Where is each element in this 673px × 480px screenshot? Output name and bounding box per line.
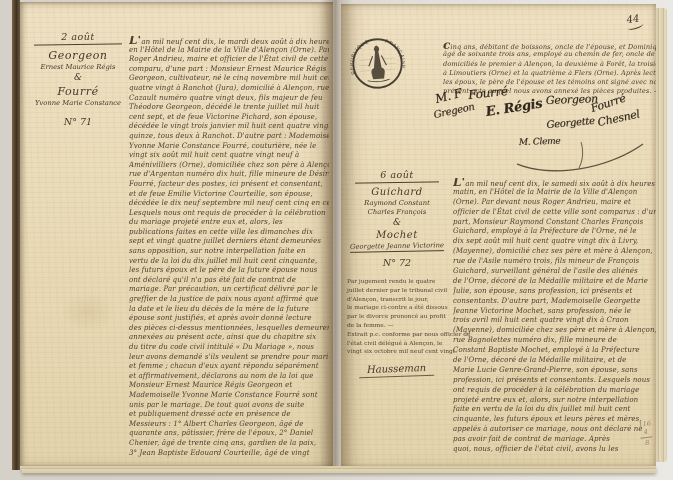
handwritten-line: appelés à autoriser ce mariage, nous ont… <box>453 425 659 435</box>
handwritten-line: cinq ans, débitant de boissons, oncle de… <box>443 41 661 50</box>
handwritten-line: du mariage projeté entre eux et, alors, … <box>129 218 329 228</box>
handwritten-line: les futurs époux et le père de la future… <box>129 266 329 276</box>
handwritten-line: Roger Andrieu, maire et officier de l'Ét… <box>129 55 329 65</box>
act-72-groom-given-names-1: Raymond Constant <box>345 199 449 207</box>
paper-stain <box>60 292 116 332</box>
annotation-signature: Hausseman <box>359 363 435 379</box>
handwritten-line: Aménivilliers (Orne), domiciliée chez so… <box>129 161 329 171</box>
handwritten-line: (Orne). Par devant nous Roger Andrieu, m… <box>453 198 659 208</box>
handwritten-line: L'an mil neuf cent dix, le mardi deux ao… <box>129 36 329 46</box>
handwritten-line: présent acte auquel nous avons annexé le… <box>443 87 661 96</box>
handwritten-line: publications faites en cette ville les d… <box>129 228 329 238</box>
svg-text:FRANÇAISE: FRANÇAISE <box>384 37 407 70</box>
handwritten-line: et affirmativement, déclarons au nom de … <box>129 372 329 382</box>
handwritten-line: Julie, son épouse, sans profession, ici … <box>453 287 659 297</box>
act-71-margin: 2 août Georgeon Ernest Maurice Régis & F… <box>28 32 128 128</box>
handwritten-line: quatre vingt à Ranchot (Jura), domicilié… <box>129 84 329 94</box>
handwritten-line: la date et le lieu du décès de la mère d… <box>129 305 329 315</box>
handwritten-line: sept et vingt quatre juillet derniers ét… <box>129 237 329 247</box>
handwritten-line: part, Monsieur Raymond Constant Charles … <box>453 218 659 228</box>
handwritten-line: quoi, nous, officier de l'état civil, av… <box>453 445 659 455</box>
handwritten-line: (Mayenne), domicilié chez ses père et mè… <box>453 247 659 257</box>
handwritten-line: âgé de soixante trois ans, employé au ch… <box>443 50 661 59</box>
handwritten-line: trois avril mil huit cent quatre vingt d… <box>453 316 659 326</box>
ampersand: & <box>28 73 128 83</box>
act-71-continuation-text: cinq ans, débitant de boissons, oncle de… <box>443 41 661 99</box>
handwritten-line: quinze, tous deux à Ranchot. D'autre par… <box>129 132 329 142</box>
handwritten-line: dix sept août mil huit cent quatre vingt… <box>453 237 659 247</box>
handwritten-line: mariage. Par précaution, un certificat d… <box>129 285 329 295</box>
underline-rule <box>355 181 439 183</box>
svg-text:RÉPUBLIQUE: RÉPUBLIQUE <box>348 39 372 75</box>
handwritten-line: Messieurs : 1° Albert Charles Georgeon, … <box>129 420 329 430</box>
handwritten-line: de l'Orne, décoré de la Médaille militai… <box>453 356 659 366</box>
handwritten-line: Monsieur Ernest Maurice Régis Georgeon e… <box>129 381 329 391</box>
act-72-body-text: L'an mil neuf cent dix, le samedi six ao… <box>453 178 659 458</box>
register-scan: 2 août Georgeon Ernest Maurice Régis & F… <box>0 0 673 480</box>
handwritten-line: officier de l'État civil de cette ville … <box>453 208 659 218</box>
annotation-line: Par jugement rendu le quatre <box>347 278 449 287</box>
divorce-annotation: Par jugement rendu le quatrejuillet dern… <box>345 278 449 357</box>
handwritten-line: sans opposition, sur notre interpellatio… <box>129 247 329 257</box>
signature: Gregeon <box>433 102 476 121</box>
act-72-number: N° 72 <box>345 258 449 269</box>
signature: Georgette <box>546 116 595 131</box>
annotation-line: l'état civil délégué à Alençon, le <box>347 340 449 349</box>
handwritten-line: domiciliés le premier à Alençon, la deux… <box>443 60 661 69</box>
handwritten-line: Mademoiselle Yvonne Marie Constance Four… <box>129 391 329 401</box>
handwritten-line: cinquante, les futurs époux et leurs pèr… <box>453 415 659 425</box>
handwritten-line: vingt six août mil huit cent quatre ving… <box>129 151 329 161</box>
handwritten-line: cent sept, et de feue Victorine Pichard,… <box>129 113 329 123</box>
handwritten-line: projeté entre eux et, alors, sur notre i… <box>453 396 659 406</box>
handwritten-line: et publiquement dressé acte en présence … <box>129 410 329 420</box>
act-72-margin: 6 août Guichard Raymond Constant Charles… <box>345 170 449 377</box>
handwritten-line: décédée le dix neuf septembre mil neuf c… <box>129 199 329 209</box>
handwritten-line: en l'Hôtel de la Mairie de la Ville d'Al… <box>129 46 329 56</box>
annotation-line: vingt six octobre mil neuf cent vingt. <box>347 348 449 357</box>
handwritten-line: épouse sont justifiés, et après avoir do… <box>129 314 329 324</box>
sheet-edges-bottom <box>22 466 656 473</box>
annotation-line: juillet dernier par le tribunal civil <box>347 287 449 296</box>
handwritten-line: Guichard, employé à la Préfecture de l'O… <box>453 227 659 237</box>
annotation-line: d'Alençon, transcrit le jour, <box>347 296 449 305</box>
handwritten-line: Théodore Georgeon, décédé le trente juil… <box>129 103 329 113</box>
act-71-groom-surname: Georgeon <box>28 49 128 62</box>
handwritten-line: (Mayenne), domiciliée chez ses père et m… <box>453 326 659 336</box>
handwritten-line: leur avons demandé s'ils veulent se pren… <box>129 353 329 363</box>
act-72-bride-surname: Mochet <box>345 230 449 241</box>
handwritten-line: rue d'Argentan numéro dix huit, fille mi… <box>129 170 329 180</box>
handwritten-line: du titre du code civil intitulé « Du Mar… <box>129 343 329 353</box>
stamp-figure <box>358 44 398 83</box>
handwritten-line: profession, ici présents et consentants.… <box>453 376 659 386</box>
handwritten-line: matin, en l'Hôtel de la Mairie de la Vil… <box>453 188 659 198</box>
handwritten-line: et femme ; chacun d'eux ayant répondu sé… <box>129 362 329 372</box>
handwritten-line: des pièces ci-dessus mentionnées, lesque… <box>129 324 329 334</box>
handwritten-line: vertu de la loi du dix juillet mil huit … <box>129 257 329 267</box>
stamp-text-right: FRANÇAISE <box>384 37 407 70</box>
handwritten-line: 3° Jean Baptiste Edouard Courteille, âgé… <box>129 449 329 459</box>
underline-rule <box>34 43 122 45</box>
act-72-bride-given-names: Georgette Jeanne Victorine <box>345 242 449 252</box>
handwritten-line: faite en vertu de la loi du dix juillet … <box>453 405 659 415</box>
act-71-date: 2 août <box>28 32 128 43</box>
signature: Chesnel <box>596 107 640 129</box>
handwritten-line: comparu, d'une part : Monsieur Ernest Ma… <box>129 65 329 75</box>
handwritten-line: Yvonne Marie Constance Fourré, couturièr… <box>129 142 329 152</box>
sheet-edges-right <box>656 8 667 462</box>
act-71-groom-given-names: Ernest Maurice Régis <box>28 63 128 71</box>
act-72-date: 6 août <box>345 170 449 181</box>
handwritten-line: de l'Orne, décoré de la Médaille militai… <box>453 277 659 287</box>
binding-strip <box>12 0 20 470</box>
annotation-line: le mariage ci-contre a été dissous <box>347 304 449 313</box>
pencil-note-line: 4 <box>633 427 658 438</box>
handwritten-line: et de feue Emilie Victorine Courteille, … <box>129 190 329 200</box>
handwritten-line: quarante ans, pâtissier, frère de l'épou… <box>129 429 329 439</box>
handwritten-line: Cazault numéro quatre vingt deux, fils m… <box>129 94 329 104</box>
handwritten-line: Constant Baptiste Mochet, employé à la P… <box>453 346 659 356</box>
handwritten-line: à Limoutiers (Orne) et la quatrième à Fl… <box>443 69 661 78</box>
annotation-line: Extrait p.c. conforme par nous officier … <box>347 331 449 340</box>
handwritten-line: Lesquels nous ont requis de procéder à l… <box>129 209 329 219</box>
handwritten-line: Guichard, surveillant général de l'asile… <box>453 267 659 277</box>
handwritten-line: Chenier, âgé de trente cinq ans, gardien… <box>129 439 329 449</box>
folio-number: 44 <box>626 13 644 30</box>
handwritten-line: décédée le vingt trois janvier mil huit … <box>129 122 329 132</box>
act-72-groom-surname: Guichard <box>345 187 449 198</box>
handwritten-line: les époux, le père de l'épouse et les té… <box>443 78 661 87</box>
republique-francaise-stamp-icon: RÉPUBLIQUE FRANÇAISE <box>348 34 407 93</box>
handwritten-line: ont requis de procéder à la célébration … <box>453 386 659 396</box>
act-71-bride-given-names: Yvonne Marie Constance <box>28 99 128 107</box>
handwritten-line: Jeanne Victorine Mochet, sans profession… <box>453 307 659 317</box>
annotation-line: de la femme. — <box>347 322 449 331</box>
act-71-body-text: L'an mil neuf cent dix, le mardi deux ao… <box>129 36 329 462</box>
annotation-line: par le divorce prononcé au profit <box>347 313 449 322</box>
handwritten-line: Georgeon, cultivateur, né le cinq novemb… <box>129 74 329 84</box>
handwritten-line: rue de l'Asile numéro trois, fils mineur… <box>453 257 659 267</box>
page-left: 2 août Georgeon Ernest Maurice Régis & F… <box>20 2 333 466</box>
signature: E. Régis <box>485 96 544 120</box>
handwritten-line: annexées au présent acte, ainsi que du c… <box>129 333 329 343</box>
ampersand: & <box>345 218 449 228</box>
handwritten-line: L'an mil neuf cent dix, le samedi six ao… <box>453 178 659 188</box>
handwritten-line: consentants. D'autre part, Mademoiselle … <box>453 297 659 307</box>
handwritten-line: rue Bagnolettes numéro dix, fille mineur… <box>453 336 659 346</box>
handwritten-line: pas avoir fait de contrat de mariage. Ap… <box>453 435 659 445</box>
act-71-number: N° 71 <box>28 117 128 128</box>
stamp-text-left: RÉPUBLIQUE <box>348 39 372 75</box>
handwritten-line: unis par le mariage. De tout quoi avons … <box>129 401 329 411</box>
act-71-bride-surname: Fourré <box>28 85 128 98</box>
handwritten-line: Marie Lucie Genre-Grand-Pierre, son épou… <box>453 366 659 376</box>
signature-flourish <box>511 136 656 176</box>
act-72-groom-given-names-2: Charles François <box>345 208 449 216</box>
handwritten-line: greffier de la justice de paix nous ayan… <box>129 295 329 305</box>
handwritten-line: Fourré, facteur des postes, ici présent … <box>129 180 329 190</box>
page-right: RÉPUBLIQUE FRANÇAISE 44 cinq ans, débita… <box>341 4 656 466</box>
handwritten-line: ont déclaré qu'il n'a pas été fait de co… <box>129 276 329 286</box>
